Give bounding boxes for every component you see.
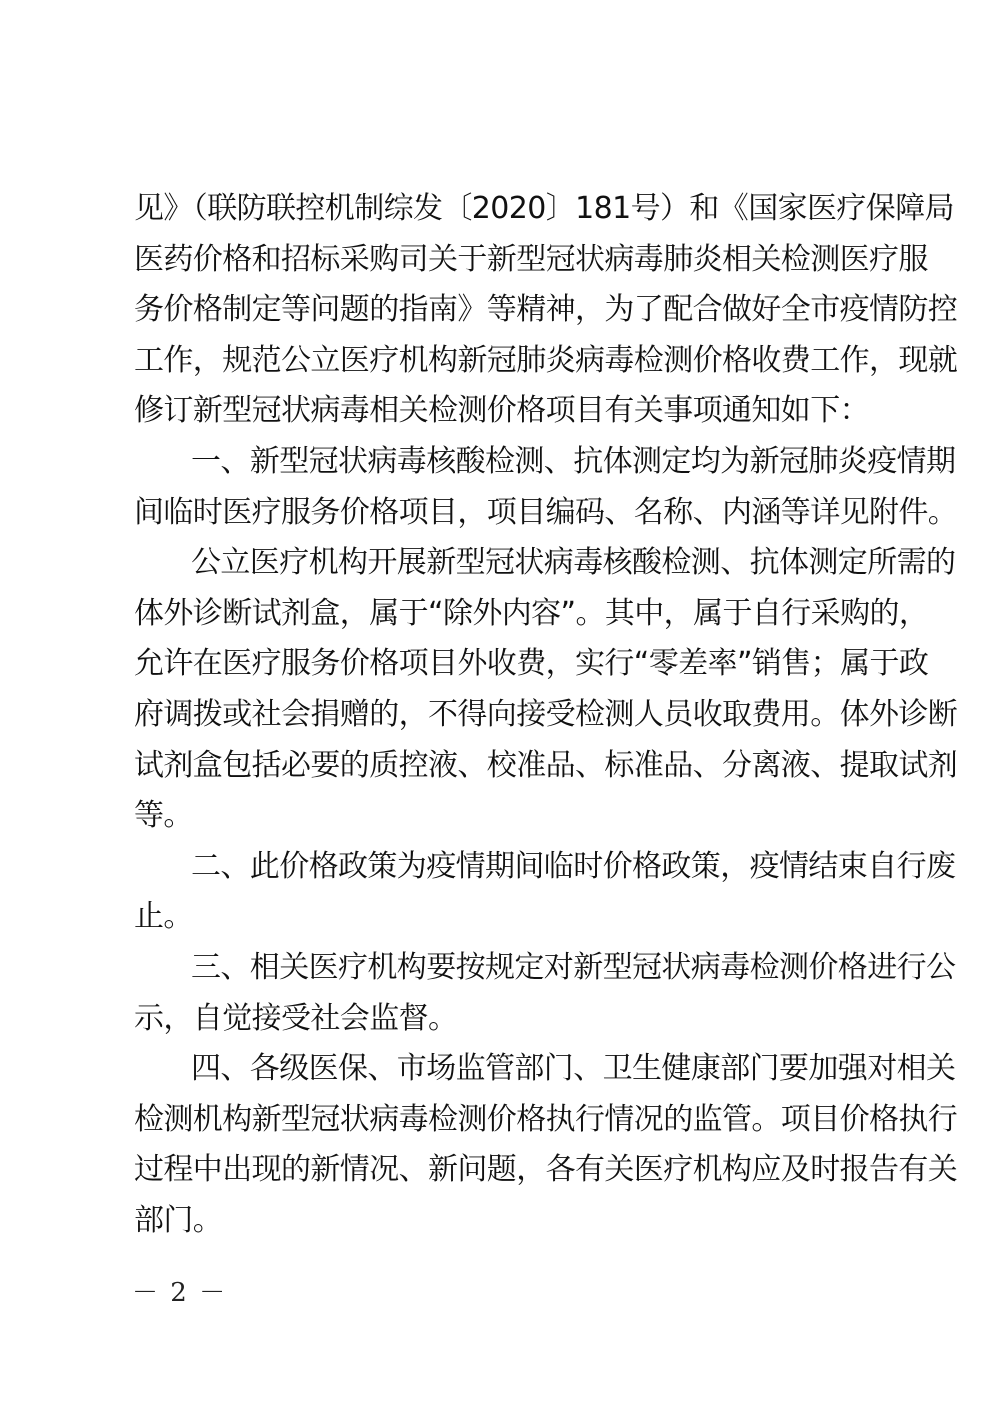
section-one-heading-line: 一、新型冠状病毒核酸检测、抗体测定均为新冠肺炎疫情期 — [134, 437, 878, 488]
text-line: 等。 — [134, 791, 878, 842]
text-line: 部门。 — [134, 1196, 878, 1247]
text-line: 止。 — [134, 892, 878, 943]
section-two-heading-line: 二、此价格政策为疫情期间临时价格政策，疫情结束自行废 — [134, 842, 878, 893]
text-line: 修订新型冠状病毒相关检测价格项目有关事项通知如下： — [134, 386, 878, 437]
text-line: 府调拨或社会捐赠的，不得向接受检测人员收取费用。体外诊断 — [134, 690, 878, 741]
section-four-heading-line: 四、各级医保、市场监管部门、卫生健康部门要加强对相关 — [134, 1044, 878, 1095]
text-line: 间临时医疗服务价格项目，项目编码、名称、内涵等详见附件。 — [134, 488, 878, 539]
paragraph-start-line: 公立医疗机构开展新型冠状病毒核酸检测、抗体测定所需的 — [134, 538, 878, 589]
text-line: 务价格制定等问题的指南》等精神，为了配合做好全市疫情防控 — [134, 285, 878, 336]
document-body: 见》（联防联控机制综发〔2020〕181号）和《国家医疗保障局 医药价格和招标采… — [134, 184, 878, 1246]
text-line: 试剂盒包括必要的质控液、校准品、标准品、分离液、提取试剂 — [134, 741, 878, 792]
text-line: 过程中出现的新情况、新问题，各有关医疗机构应及时报告有关 — [134, 1145, 878, 1196]
text-line: 医药价格和招标采购司关于新型冠状病毒肺炎相关检测医疗服 — [134, 235, 878, 286]
section-three-heading-line: 三、相关医疗机构要按规定对新型冠状病毒检测价格进行公 — [134, 943, 878, 994]
text-line: 见》（联防联控机制综发〔2020〕181号）和《国家医疗保障局 — [134, 184, 878, 235]
text-line: 体外诊断试剂盒，属于“除外内容”。其中，属于自行采购的， — [134, 589, 878, 640]
text-line: 示，自觉接受社会监督。 — [134, 994, 878, 1045]
text-line: 检测机构新型冠状病毒检测价格执行情况的监管。项目价格执行 — [134, 1095, 878, 1146]
text-line: 工作，规范公立医疗机构新冠肺炎病毒检测价格收费工作，现就 — [134, 336, 878, 387]
page-number: － 2 － — [132, 1278, 227, 1308]
document-page: 见》（联防联控机制综发〔2020〕181号）和《国家医疗保障局 医药价格和招标采… — [0, 0, 1000, 1414]
text-line: 允许在医疗服务价格项目外收费，实行“零差率”销售；属于政 — [134, 639, 878, 690]
